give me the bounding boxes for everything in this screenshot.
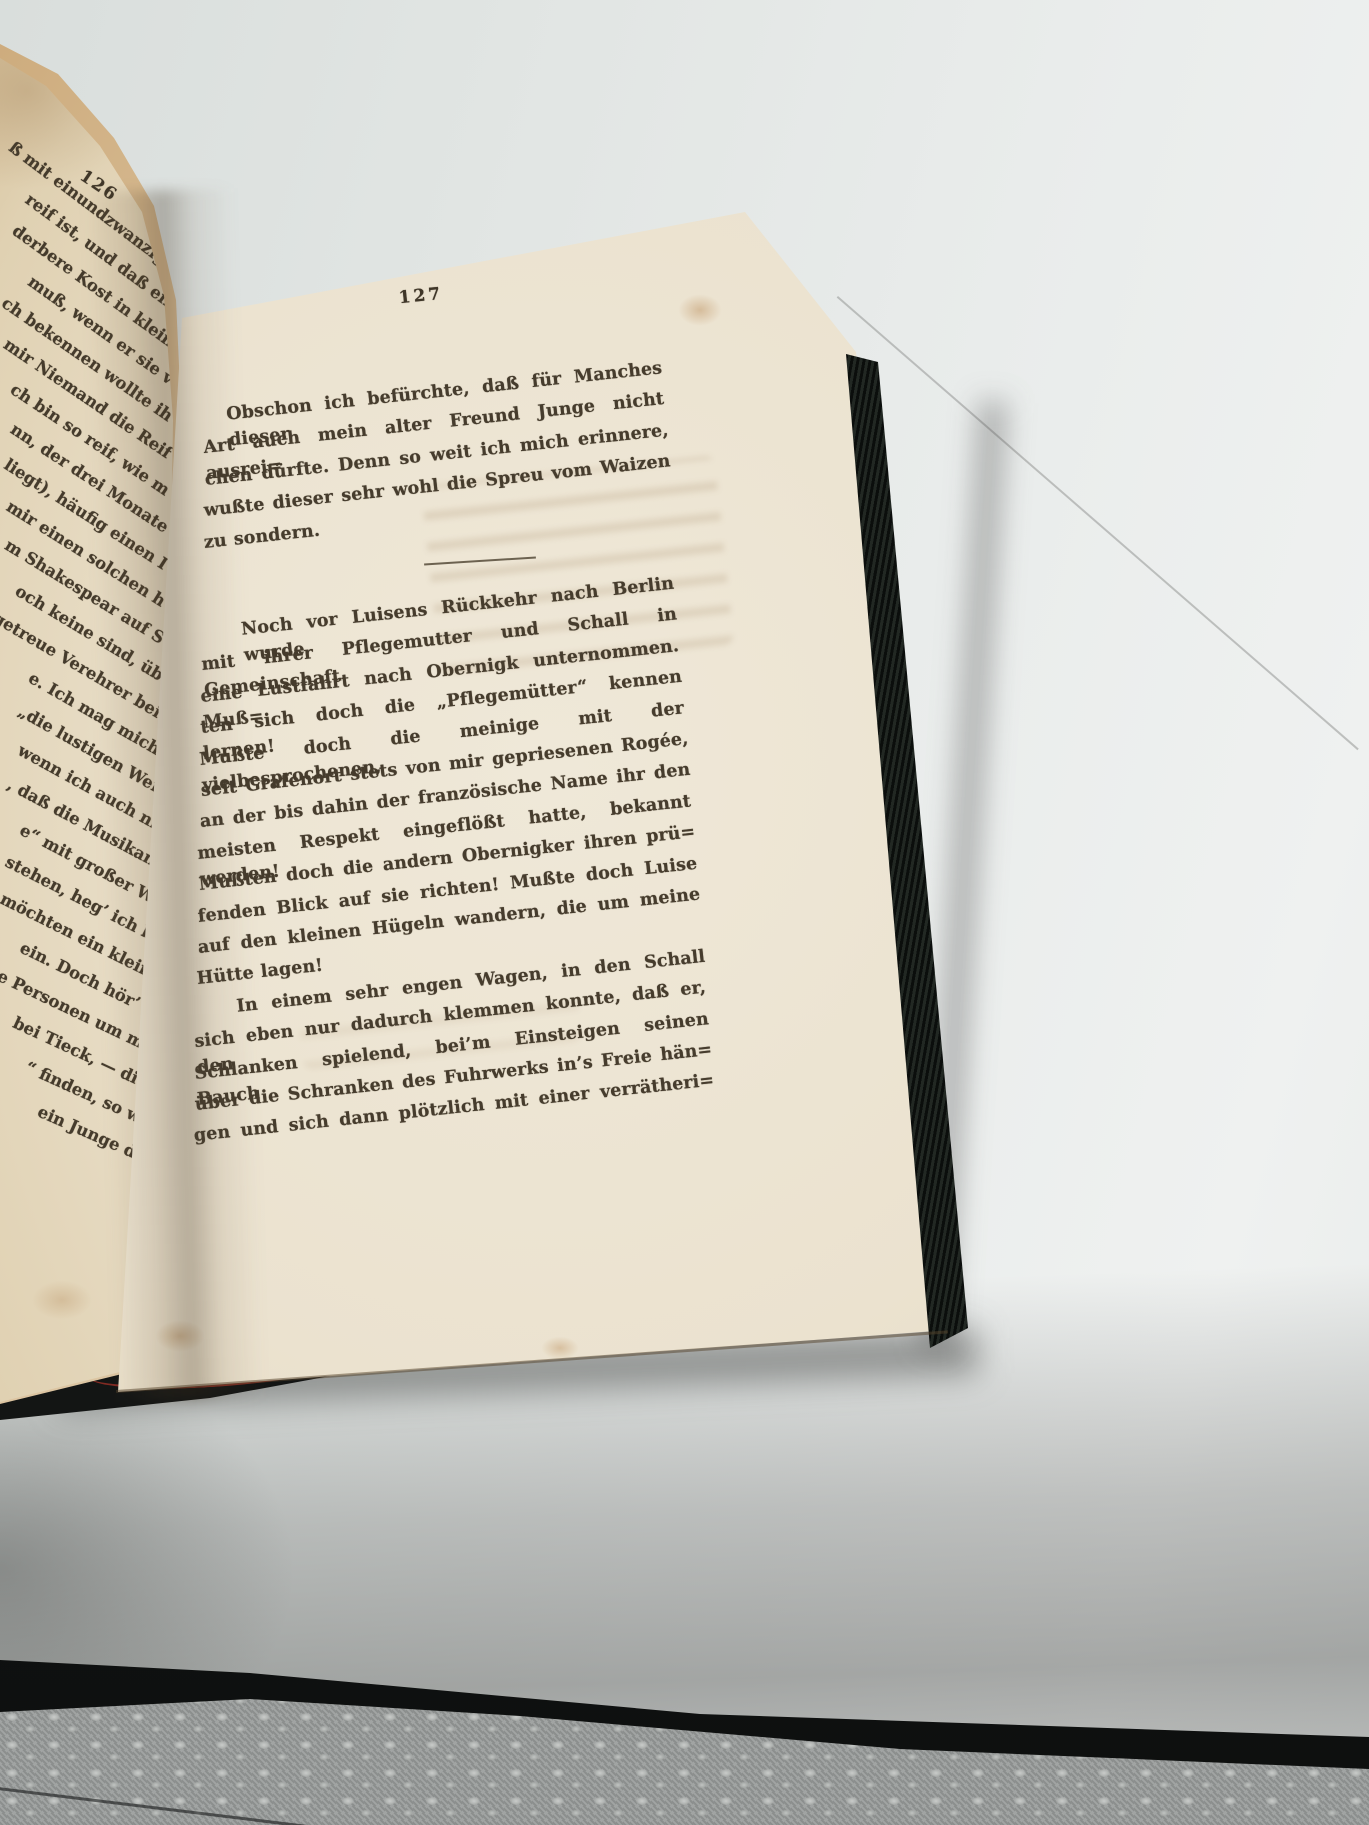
right-page-text: 127 Obschon ich befürchte, daß für Manch… bbox=[0, 0, 1369, 1825]
page-number-right: 127 bbox=[385, 282, 457, 309]
photo-of-open-book: 126 ß mit einundzwanzig Ireif ist, und d… bbox=[0, 0, 1369, 1825]
